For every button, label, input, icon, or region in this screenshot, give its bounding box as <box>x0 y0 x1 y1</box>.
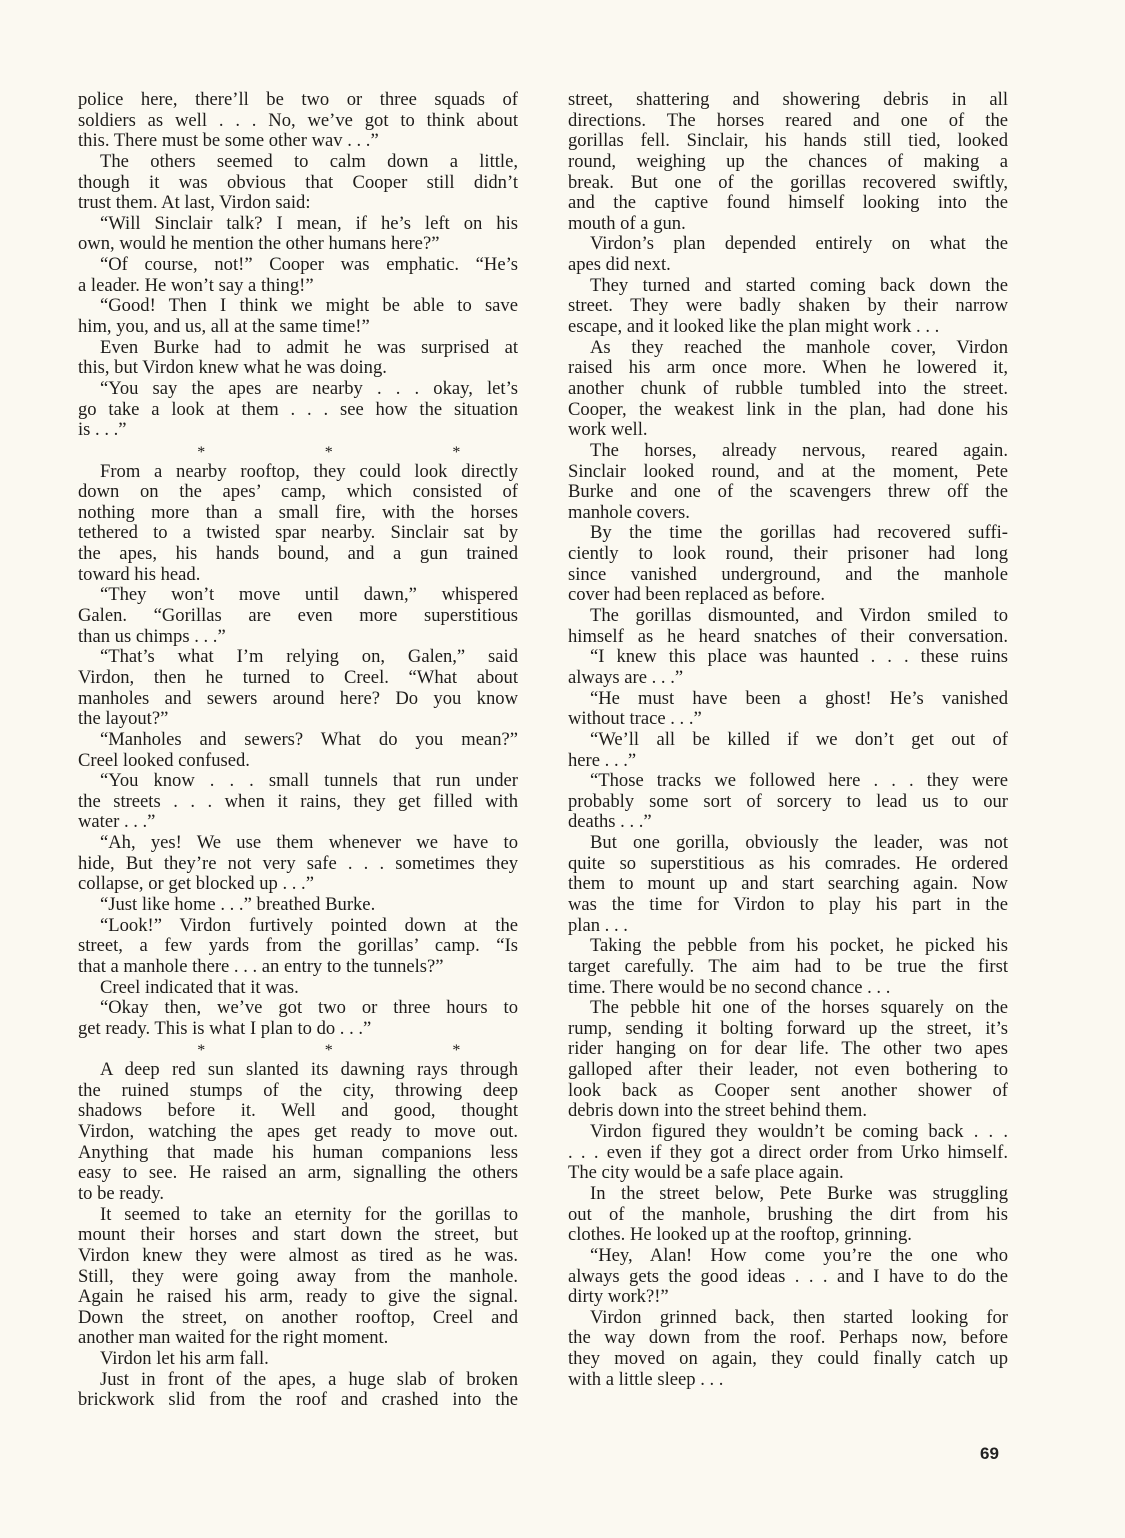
text-line: Virdon, watching the apes get ready to m… <box>78 1122 518 1143</box>
text-line: to be ready. <box>78 1184 518 1205</box>
text-line: since vanished underground, and the manh… <box>568 565 1008 586</box>
text-line: always gets the good ideas . . . and I h… <box>568 1267 1008 1288</box>
text-line: brickwork slid from the roof and crashed… <box>78 1390 518 1411</box>
text-column-right: street, shattering and showering debris … <box>568 90 1008 1390</box>
text-line: quite so superstitious as his comrades. … <box>568 854 1008 875</box>
text-line: Virdon’s plan depended entirely on what … <box>568 234 1008 255</box>
text-line: mount their horses and start down the st… <box>78 1225 518 1246</box>
text-line: Just in front of the apes, a huge slab o… <box>78 1370 518 1391</box>
text-line: the way down from the roof. Perhaps now,… <box>568 1328 1008 1349</box>
text-line: The gorillas dismounted, and Virdon smil… <box>568 606 1008 627</box>
page-number: 69 <box>980 1444 999 1464</box>
text-line: They turned and started coming back down… <box>568 276 1008 297</box>
text-line: gorillas fell. Sinclair, his hands still… <box>568 131 1008 152</box>
text-line: Anything that made his human companions … <box>78 1143 518 1164</box>
text-line: here . . .” <box>568 751 1008 772</box>
text-line: From a nearby rooftop, they could look d… <box>78 462 518 483</box>
text-line: The others seemed to calm down a little, <box>78 152 518 173</box>
text-line: In the street below, Pete Burke was stru… <box>568 1184 1008 1205</box>
text-line: probably some sort of sorcery to lead us… <box>568 792 1008 813</box>
text-line: The city would be a safe place again. <box>568 1163 1008 1184</box>
text-line: round, weighing up the chances of making… <box>568 152 1008 173</box>
text-line: raised his arm once more. When he lowere… <box>568 358 1008 379</box>
text-line: than us chimps . . .” <box>78 627 518 648</box>
text-line: this, but Virdon knew what he was doing. <box>78 358 518 379</box>
text-line: “Just like home . . .” breathed Burke. <box>78 895 518 916</box>
section-break: *** <box>78 441 518 462</box>
text-line: collapse, or get blocked up . . .” <box>78 874 518 895</box>
text-line: “Okay then, we’ve got two or three hours… <box>78 998 518 1019</box>
text-line: Virdon let his arm fall. <box>78 1349 518 1370</box>
text-line: Creel indicated that it was. <box>78 978 518 999</box>
text-line: with a little sleep . . . <box>568 1370 1008 1391</box>
text-line: clothes. He looked up at the rooftop, gr… <box>568 1225 1008 1246</box>
text-line: Even Burke had to admit he was surprised… <box>78 338 518 359</box>
text-line: Again he raised his arm, ready to give t… <box>78 1287 518 1308</box>
asterisk-glyph: * <box>197 443 205 464</box>
asterisk-glyph: * <box>452 443 460 464</box>
text-line: Still, they were going away from the man… <box>78 1267 518 1288</box>
text-line: “They won’t move until dawn,” whispered <box>78 585 518 606</box>
text-line: was the time for Virdon to play his part… <box>568 895 1008 916</box>
text-line: “Look!” Virdon furtively pointed down at… <box>78 916 518 937</box>
text-line: Down the street, on another rooftop, Cre… <box>78 1308 518 1329</box>
text-line: down on the apes’ camp, which consisted … <box>78 482 518 503</box>
text-line: The horses, already nervous, reared agai… <box>568 441 1008 462</box>
text-line: shadows before it. Well and good, though… <box>78 1101 518 1122</box>
text-line: a leader. He won’t say a thing!” <box>78 276 518 297</box>
text-line: street, shattering and showering debris … <box>568 90 1008 111</box>
text-line: toward his head. <box>78 565 518 586</box>
text-line: get ready. This is what I plan to do . .… <box>78 1019 518 1040</box>
text-line: But one gorilla, obviously the leader, w… <box>568 833 1008 854</box>
asterisk-glyph: * <box>325 443 333 464</box>
text-line: cover had been replaced as before. <box>568 585 1008 606</box>
text-line: this. There must be some other wav . . .… <box>78 131 518 152</box>
text-line: they moved on again, they could finally … <box>568 1349 1008 1370</box>
text-line: “He must have been a ghost! He’s vanishe… <box>568 689 1008 710</box>
text-line: “You say the apes are nearby . . . okay,… <box>78 379 518 400</box>
text-line: escape, and it looked like the plan migh… <box>568 317 1008 338</box>
text-line: Burke and one of the scavengers threw of… <box>568 482 1008 503</box>
asterisk-glyph: * <box>325 1041 333 1062</box>
text-line: rump, sending it bolting forward up the … <box>568 1019 1008 1040</box>
text-line: plan . . . <box>568 916 1008 937</box>
text-line: without trace . . .” <box>568 709 1008 730</box>
text-line: “Good! Then I think we might be able to … <box>78 296 518 317</box>
text-line: out of the manhole, brushing the dirt fr… <box>568 1205 1008 1226</box>
text-line: manholes and sewers around here? Do you … <box>78 689 518 710</box>
text-line: time. There would be no second chance . … <box>568 978 1008 999</box>
text-line: that a manhole there . . . an entry to t… <box>78 957 518 978</box>
text-line: Virdon knew they were almost as tired as… <box>78 1246 518 1267</box>
text-line: A deep red sun slanted its dawning rays … <box>78 1060 518 1081</box>
text-line: By the time the gorillas had recovered s… <box>568 523 1008 544</box>
asterisk-glyph: * <box>197 1041 205 1062</box>
text-line: another chunk of rubble tumbled into the… <box>568 379 1008 400</box>
text-line: easy to see. He raised an arm, signallin… <box>78 1163 518 1184</box>
text-line: “Ah, yes! We use them whenever we have t… <box>78 833 518 854</box>
text-line: Cooper, the weakest link in the plan, ha… <box>568 400 1008 421</box>
text-line: As they reached the manhole cover, Virdo… <box>568 338 1008 359</box>
text-line: is . . .” <box>78 420 518 441</box>
text-line: It seemed to take an eternity for the go… <box>78 1205 518 1226</box>
text-line: “That’s what I’m relying on, Galen,” sai… <box>78 647 518 668</box>
text-line: them to mount up and start searching aga… <box>568 874 1008 895</box>
text-line: “Will Sinclair talk? I mean, if he’s lef… <box>78 214 518 235</box>
text-line: tethered to a twisted spar nearby. Sincl… <box>78 523 518 544</box>
text-line: look back as Cooper sent another shower … <box>568 1081 1008 1102</box>
text-column-left: police here, there’ll be two or three sq… <box>78 90 518 1411</box>
text-line: the apes, his hands bound, and a gun tra… <box>78 544 518 565</box>
text-line: rider hanging on for dear life. The othe… <box>568 1039 1008 1060</box>
text-line: own, would he mention the other humans h… <box>78 234 518 255</box>
text-line: Taking the pebble from his pocket, he pi… <box>568 936 1008 957</box>
text-line: him, you, and us, all at the same time!” <box>78 317 518 338</box>
text-line: Virdon figured they wouldn’t be coming b… <box>568 1122 1008 1143</box>
text-line: street. They were badly shaken by their … <box>568 296 1008 317</box>
text-line: trust them. At last, Virdon said: <box>78 193 518 214</box>
text-line: dirty work?!” <box>568 1287 1008 1308</box>
text-line: though it was obvious that Cooper still … <box>78 173 518 194</box>
text-line: “I knew this place was haunted . . . the… <box>568 647 1008 668</box>
text-line: and the captive found himself looking in… <box>568 193 1008 214</box>
text-line: street, a few yards from the gorillas’ c… <box>78 936 518 957</box>
text-line: target carefully. The aim had to be true… <box>568 957 1008 978</box>
text-line: “Manholes and sewers? What do you mean?” <box>78 730 518 751</box>
text-line: the ruined stumps of the city, throwing … <box>78 1081 518 1102</box>
text-line: hide, But they’re not very safe . . . so… <box>78 854 518 875</box>
text-line: Galen. “Gorillas are even more superstit… <box>78 606 518 627</box>
asterisk-glyph: * <box>452 1041 460 1062</box>
text-line: galloped after their leader, not even bo… <box>568 1060 1008 1081</box>
text-line: always are . . .” <box>568 668 1008 689</box>
text-line: “We’ll all be killed if we don’t get out… <box>568 730 1008 751</box>
section-break: *** <box>78 1039 518 1060</box>
text-line: soldiers as well . . . No, we’ve got to … <box>78 111 518 132</box>
text-line: deaths . . .” <box>568 812 1008 833</box>
text-line: water . . .” <box>78 812 518 833</box>
text-line: mouth of a gun. <box>568 214 1008 235</box>
text-line: The pebble hit one of the horses squarel… <box>568 998 1008 1019</box>
text-line: Creel looked confused. <box>78 751 518 772</box>
text-line: work well. <box>568 420 1008 441</box>
text-line: debris down into the street behind them. <box>568 1101 1008 1122</box>
text-line: . . . even if they got a direct order fr… <box>568 1143 1008 1164</box>
text-line: Virdon, then he turned to Creel. “What a… <box>78 668 518 689</box>
text-line: “Hey, Alan! How come you’re the one who <box>568 1246 1008 1267</box>
text-line: apes did next. <box>568 255 1008 276</box>
text-line: “Of course, not!” Cooper was emphatic. “… <box>78 255 518 276</box>
text-line: Virdon grinned back, then started lookin… <box>568 1308 1008 1329</box>
text-line: break. But one of the gorillas recovered… <box>568 173 1008 194</box>
text-line: another man waited for the right moment. <box>78 1328 518 1349</box>
text-line: go take a look at them . . . see how the… <box>78 400 518 421</box>
text-line: Sinclair looked round, and at the moment… <box>568 462 1008 483</box>
text-line: “You know . . . small tunnels that run u… <box>78 771 518 792</box>
text-line: directions. The horses reared and one of… <box>568 111 1008 132</box>
text-line: the layout?” <box>78 709 518 730</box>
text-line: ciently to look round, their prisoner ha… <box>568 544 1008 565</box>
text-line: manhole covers. <box>568 503 1008 524</box>
text-line: “Those tracks we followed here . . . the… <box>568 771 1008 792</box>
text-line: nothing more than a small fire, with the… <box>78 503 518 524</box>
text-line: himself as he heard snatches of their co… <box>568 627 1008 648</box>
text-line: police here, there’ll be two or three sq… <box>78 90 518 111</box>
text-line: the streets . . . when it rains, they ge… <box>78 792 518 813</box>
